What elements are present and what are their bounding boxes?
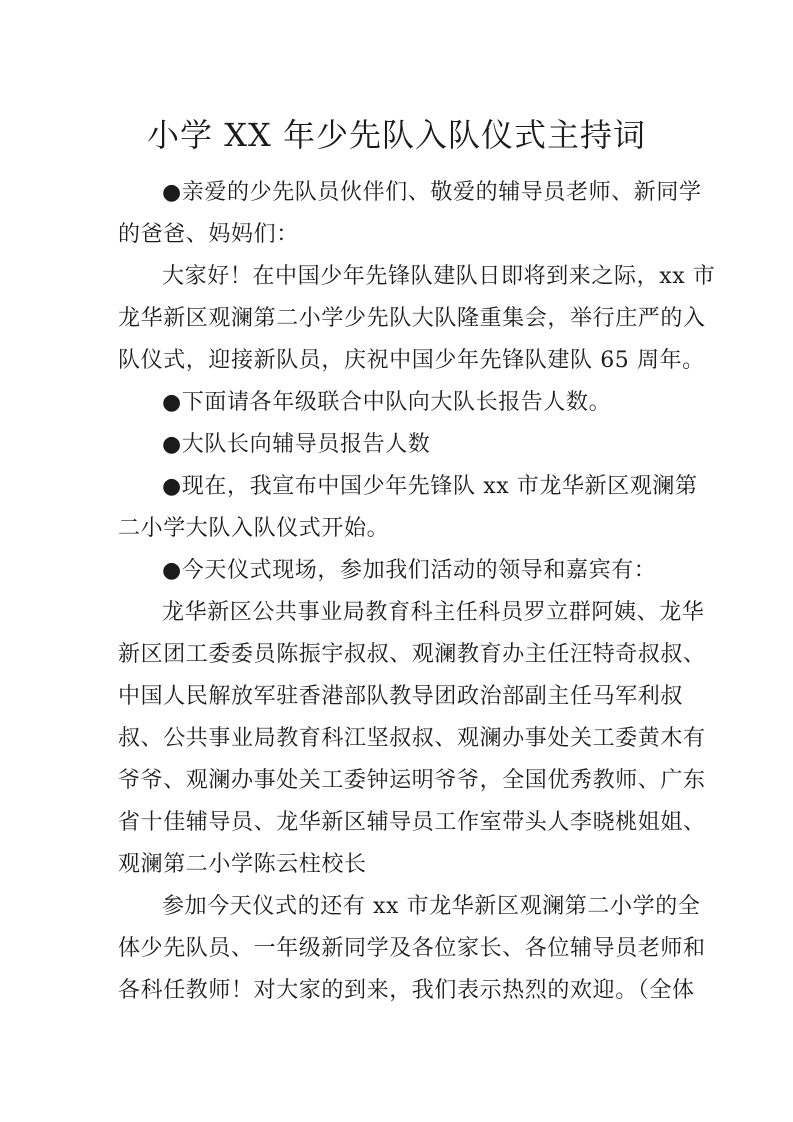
text-line: 参加今天仪式的还有 xx 市龙华新区观澜第二小学的全 [118, 886, 675, 928]
text-line: 体少先队员、一年级新同学及各位家长、各位辅导员老师和 [118, 928, 675, 970]
text-line: 观澜第二小学陈云柱校长 [118, 844, 675, 886]
text-line: 新区团工委委员陈振宇叔叔、观澜教育办主任汪特奇叔叔、 [118, 634, 675, 676]
text-line: 爷爷、观澜办事处关工委钟运明爷爷，全国优秀教师、广东 [118, 760, 675, 802]
text-line: 的爸爸、妈妈们： [118, 214, 675, 256]
document-body: ●亲爱的少先队员伙伴们、敬爱的辅导员老师、新同学的爸爸、妈妈们：大家好！在中国少… [118, 172, 675, 1012]
text-line: 叔、公共事业局教育科江坚叔叔、观澜办事处关工委黄木有 [118, 718, 675, 760]
text-line: 大家好！在中国少年先锋队建队日即将到来之际，xx 市 [118, 256, 675, 298]
document-page: 小学 XX 年少先队入队仪式主持词 ●亲爱的少先队员伙伴们、敬爱的辅导员老师、新… [0, 0, 793, 1122]
text-line: ●现在，我宣布中国少年先锋队 xx 市龙华新区观澜第 [118, 466, 675, 508]
text-line: ●下面请各年级联合中队向大队长报告人数。 [118, 382, 675, 424]
text-line: 队仪式，迎接新队员，庆祝中国少年先锋队建队 65 周年。 [118, 340, 675, 382]
text-line: ●亲爱的少先队员伙伴们、敬爱的辅导员老师、新同学 [118, 172, 675, 214]
text-line: 中国人民解放军驻香港部队教导团政治部副主任马军利叔 [118, 676, 675, 718]
text-line: ●大队长向辅导员报告人数 [118, 424, 675, 466]
text-line: ●今天仪式现场，参加我们活动的领导和嘉宾有： [118, 550, 675, 592]
text-line: 省十佳辅导员、龙华新区辅导员工作室带头人李晓桃姐姐、 [118, 802, 675, 844]
text-line: 二小学大队入队仪式开始。 [118, 508, 675, 550]
text-line: 龙华新区公共事业局教育科主任科员罗立群阿姨、龙华 [118, 592, 675, 634]
document-title: 小学 XX 年少先队入队仪式主持词 [118, 104, 675, 166]
text-line: 各科任教师！对大家的到来，我们表示热烈的欢迎。（全体 [118, 970, 675, 1012]
text-line: 龙华新区观澜第二小学少先队大队隆重集会，举行庄严的入 [118, 298, 675, 340]
